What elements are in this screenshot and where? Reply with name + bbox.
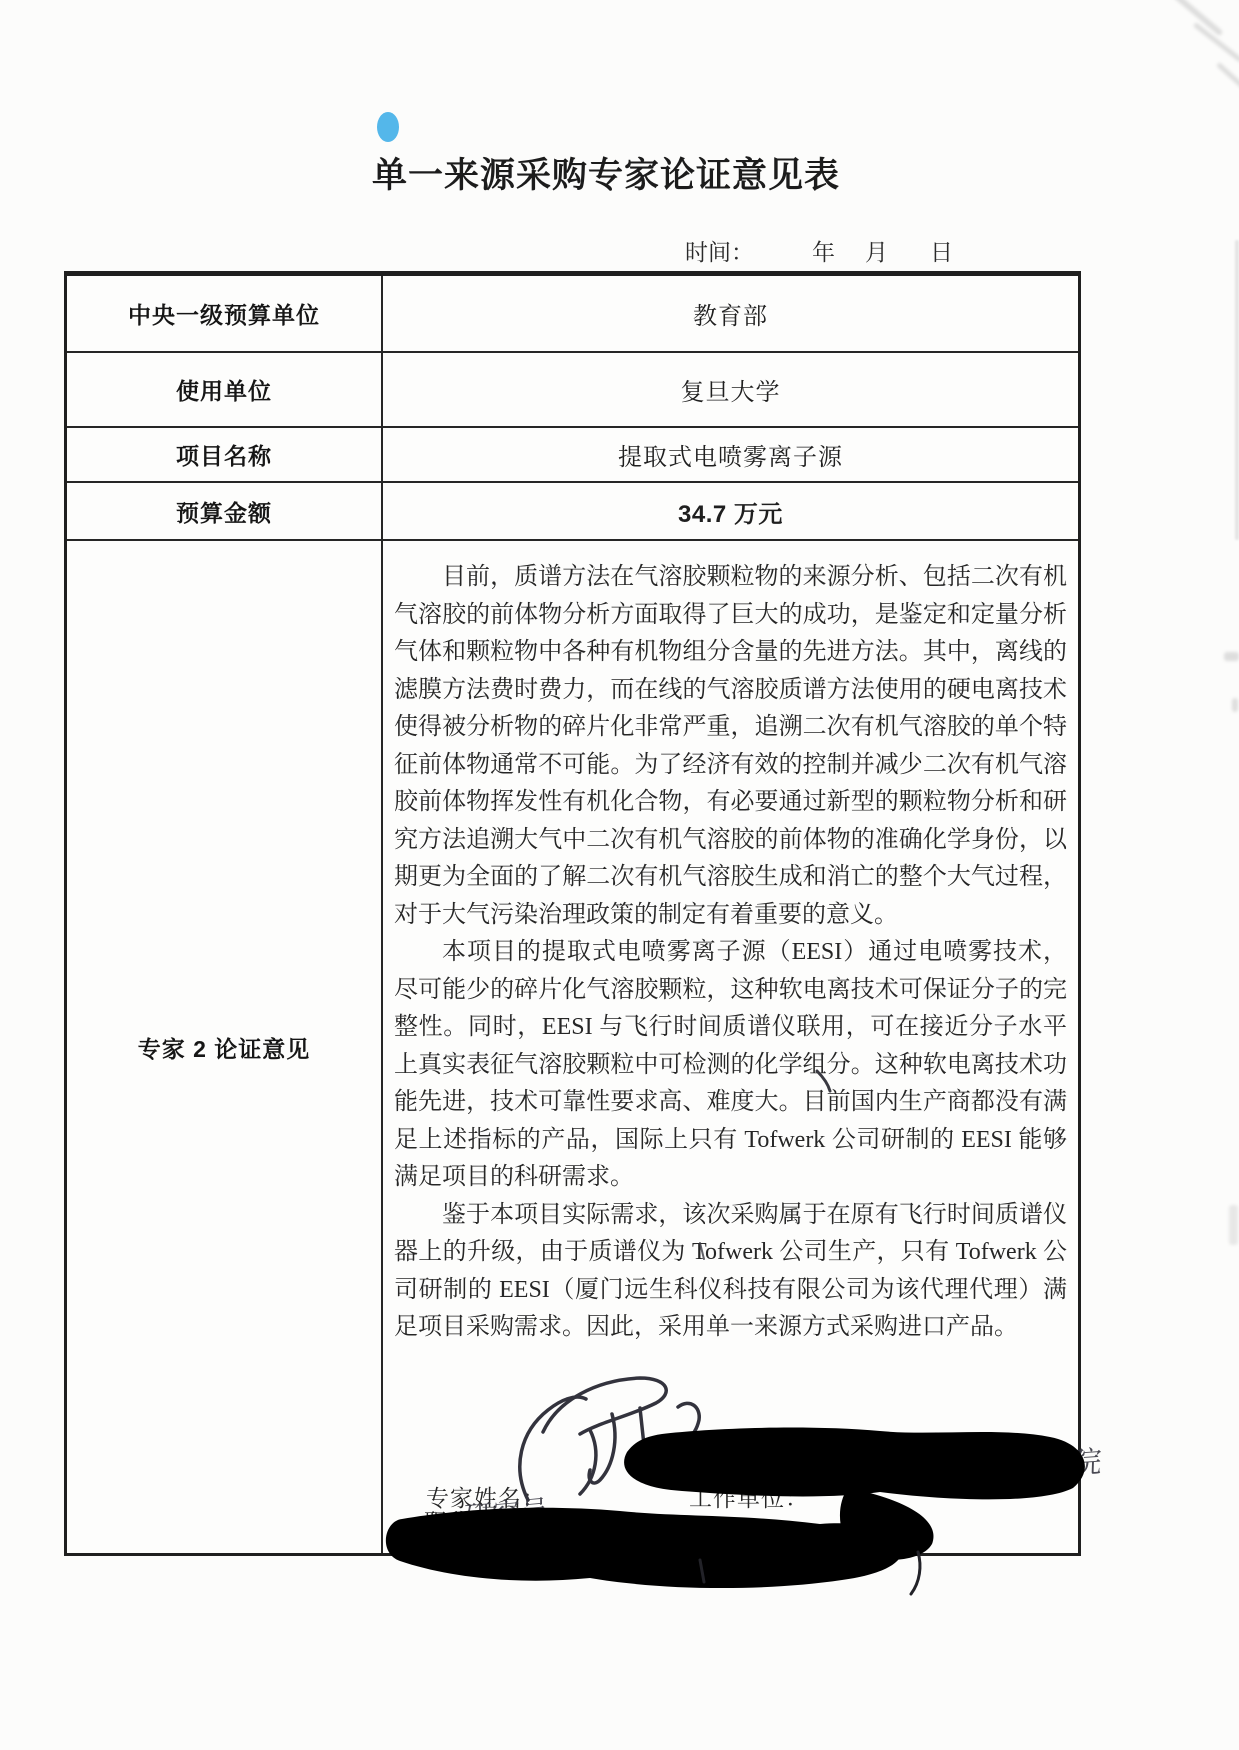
table-row: 预算金额 34.7 万元 [67,483,1078,541]
row-value-cell-project-name: 提取式电喷雾离子源 [383,428,1078,481]
pen-marks-below-border [700,1552,920,1594]
scan-smudge [1229,1205,1238,1245]
row-value: 复旦大学 [681,372,781,407]
table-row: 中央一级预算单位 教育部 [67,276,1078,353]
opinion-label: 专家 2 论证意见 [138,1031,311,1064]
row-label-cell-expert-opinion: 专家 2 论证意见 [67,541,383,1553]
scanned-document-page: 单一来源采购专家论证意见表 时间： 年 月 日 中央一级预算单位 教育部 使用单… [0,0,1239,1750]
blue-dot-mark [377,112,399,142]
row-label: 预算金额 [176,495,272,528]
row-value: 34.7 万元 [678,494,783,529]
date-month-label: 月 [865,234,888,267]
row-value: 教育部 [693,296,768,331]
table-row: 项目名称 提取式电喷雾离子源 [67,428,1078,483]
row-label-cell-project-name: 项目名称 [67,428,383,481]
row-value-cell-budget-unit: 教育部 [383,276,1078,351]
row-value-cell-budget-amount: 34.7 万元 [383,483,1078,539]
row-label: 中央一级预算单位 [128,297,320,330]
date-time-label: 时间： [685,234,754,267]
page-title: 单一来源采购专家论证意见表 [372,148,840,198]
work-unit-label: 工作单位： [689,1480,809,1513]
date-year-label: 年 [812,234,835,267]
row-label-cell-using-unit: 使用单位 [67,353,383,426]
opinion-paragraph-1: 目前，质谱方法在气溶胶颗粒物的来源分析、包括二次有机气溶胶的前体物分析方面取得了… [394,559,1067,934]
row-value-cell-using-unit: 复旦大学 [383,353,1078,426]
row-label: 项目名称 [176,438,272,471]
row-label-cell-budget-unit: 中央一级预算单位 [67,276,383,351]
table-row: 使用单位 复旦大学 [67,353,1078,428]
job-title-handwritten-value: 研究员 [464,1488,548,1535]
date-day-label: 日 [930,234,953,267]
opinion-paragraph-2: 本项目的提取式电喷雾离子源（EESI）通过电喷雾技术，尽可能少的碎片化气溶胶颗粒… [394,934,1067,1197]
table-row-opinion: 专家 2 论证意见 目前，质谱方法在气溶胶颗粒物的来源分析、包括二次有机气溶胶的… [67,541,1078,1553]
scan-edge-shadow [1235,240,1239,540]
scan-smudge [1164,0,1223,36]
scan-smudge [1224,652,1239,661]
opinion-paragraph-3: 鉴于本项目实际需求，该次采购属于在原有飞行时间质谱仪器上的升级，由于质谱仪为 T… [394,1197,1067,1347]
opinion-text-cell: 目前，质谱方法在气溶胶颗粒物的来源分析、包括二次有机气溶胶的前体物分析方面取得了… [383,541,1078,1553]
form-table: 中央一级预算单位 教育部 使用单位 复旦大学 项目名称 提取式电喷雾离子源 [64,271,1081,1556]
row-label-cell-budget-amount: 预算金额 [67,483,383,539]
row-label: 使用单位 [176,373,272,406]
scan-smudge [1216,62,1239,95]
scan-smudge [1232,698,1238,712]
row-value: 提取式电喷雾离子源 [618,437,843,472]
